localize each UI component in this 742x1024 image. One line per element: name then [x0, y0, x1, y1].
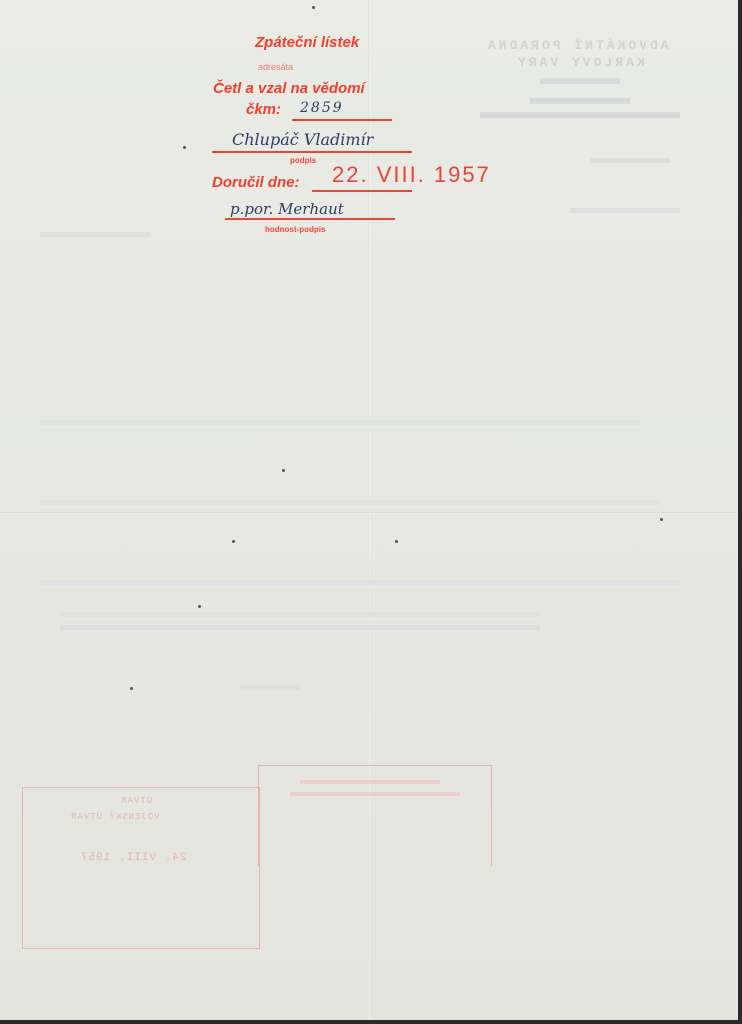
speck: [198, 605, 201, 608]
delivered-label: Doručil dne:: [212, 174, 300, 191]
speck: [232, 540, 235, 543]
recipient-name: Chlupáč Vladimír: [232, 130, 373, 149]
bleed-line: [240, 685, 300, 690]
officer-underline: [225, 218, 395, 220]
bleed-line: [40, 580, 680, 585]
signature-label: podpis: [290, 156, 316, 165]
bleed-line: [60, 612, 540, 617]
rank-signature-label: hodnost-podpis: [265, 225, 325, 234]
stamp-number-label: čkm:: [246, 101, 281, 118]
officer-signature: p.por. Merhaut: [230, 200, 344, 218]
bleed-box-line-1: ÚTVAR: [120, 796, 152, 806]
speck: [183, 146, 186, 149]
bleed-line: [60, 625, 540, 630]
speck: [282, 469, 285, 472]
bleed-line: [590, 158, 670, 163]
stamp-read-line: Četl a vzal na vědomí: [213, 80, 365, 97]
stamp-number-value: 2859: [300, 100, 344, 116]
name-underline: [212, 151, 412, 153]
bleed-box-line-2: VOJENSKÝ ÚTVAR: [70, 812, 160, 822]
speck: [312, 6, 315, 9]
number-underline: [292, 119, 392, 121]
bleed-line: [40, 420, 640, 425]
bleed-line: [570, 208, 680, 213]
speck: [395, 540, 398, 543]
vertical-fold: [368, 0, 370, 1020]
bleed-line: [40, 232, 150, 237]
bleed-line: [300, 780, 440, 784]
speck: [660, 518, 663, 521]
bleed-header-line-2: KARLOVY VARY: [515, 55, 645, 70]
stamp-subtitle: adresáta: [258, 62, 293, 72]
stamp-title: Zpáteční lístek: [255, 34, 359, 51]
bleed-line: [530, 98, 630, 104]
bleed-line: [480, 112, 680, 118]
date-underline: [312, 190, 412, 192]
bleed-line: [540, 78, 620, 84]
bleed-line: [290, 792, 460, 796]
speck: [130, 687, 133, 690]
bleed-line: [40, 500, 660, 505]
bleed-header-line-1: ADVOKÁTNÍ PORADNA: [485, 38, 669, 53]
bleed-box-line-3: 24. VIII. 1957: [80, 852, 186, 864]
delivered-date: 22. VIII. 1957: [332, 162, 491, 188]
document-page: ADVOKÁTNÍ PORADNA KARLOVY VARY Zpáteční …: [0, 0, 738, 1020]
